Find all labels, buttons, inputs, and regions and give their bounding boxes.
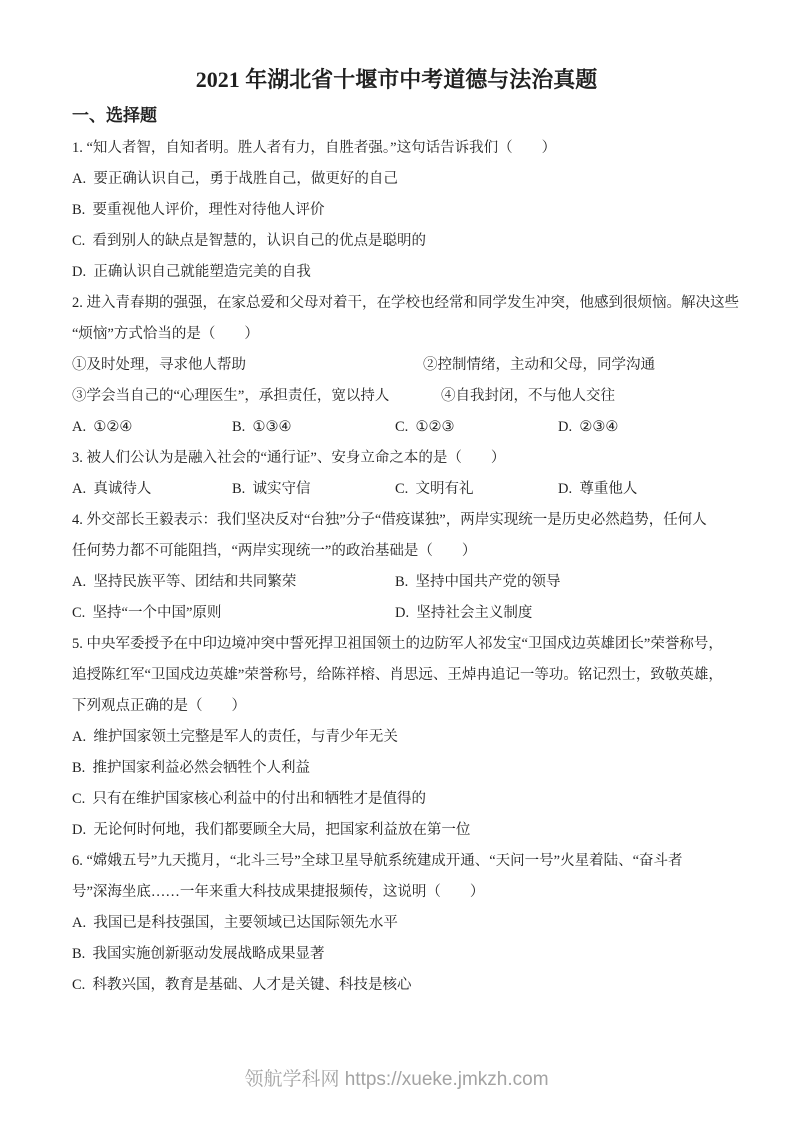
document-title: 2021 年湖北省十堰市中考道德与法治真题 bbox=[0, 64, 793, 96]
question-2-options-row: A. ①②④B. ①③④C. ①②③D. ②③④ bbox=[72, 412, 722, 443]
question-2-items-row-2: ③学会当自己的“心理医生”，承担责任，宽以持人④自我封闭，不与他人交往 bbox=[72, 381, 722, 412]
question-5-stem-line-1: 5. 中央军委授予在中印边境冲突中誓死捍卫祖国领土的边防军人祁发宝“卫国戍边英雄… bbox=[72, 629, 722, 660]
question-2-item-3: ③学会当自己的“心理医生”，承担责任，宽以持人 bbox=[72, 381, 441, 412]
question-1-option-a: A. 要正确认识自己，勇于战胜自己，做更好的自己 bbox=[72, 164, 722, 195]
question-6-option-c: C. 科教兴国，教育是基础、人才是关键、科技是核心 bbox=[72, 970, 722, 1001]
question-5-option-a: A. 维护国家领土完整是军人的责任，与青少年无关 bbox=[72, 722, 722, 753]
question-2-item-1: ①及时处理，寻求他人帮助 bbox=[72, 350, 423, 381]
question-1-stem: 1. “知人者智，自知者明。胜人者有力，自胜者强。”这句话告诉我们（ ） bbox=[72, 133, 722, 164]
document-page: 2021 年湖北省十堰市中考道德与法治真题 一、选择题 1. “知人者智，自知者… bbox=[0, 0, 793, 1122]
question-1-option-d: D. 正确认识自己就能塑造完美的自我 bbox=[72, 257, 722, 288]
question-4-option-d: D. 坚持社会主义制度 bbox=[395, 598, 532, 629]
question-2-stem-line-1: 2. 进入青春期的强强，在家总爱和父母对着干，在学校也经常和同学发生冲突，他感到… bbox=[72, 288, 722, 319]
section-heading: 一、选择题 bbox=[72, 104, 157, 128]
watermark: 领航学科网 https://xueke.jmkzh.com bbox=[0, 1068, 793, 1092]
question-list: 1. “知人者智，自知者明。胜人者有力，自胜者强。”这句话告诉我们（ ） A. … bbox=[72, 133, 722, 1001]
question-6-stem-line-1: 6. “嫦娥五号”九天揽月，“北斗三号”全球卫星导航系统建成开通、“天问一号”火… bbox=[72, 846, 722, 877]
question-2-item-2: ②控制情绪，主动和父母，同学沟通 bbox=[423, 350, 655, 381]
question-3-option-a: A. 真诚待人 bbox=[72, 474, 232, 505]
question-2-stem-line-2: “烦恼”方式恰当的是（ ） bbox=[72, 319, 722, 350]
question-4-stem-line-1: 4. 外交部长王毅表示：我们坚决反对“台独”分子“借疫谋独”，两岸实现统一是历史… bbox=[72, 505, 722, 536]
question-4-option-a: A. 坚持民族平等、团结和共同繁荣 bbox=[72, 567, 395, 598]
question-6-stem-line-2: 号”深海坐底……一年来重大科技成果捷报频传，这说明（ ） bbox=[72, 877, 722, 908]
question-3-option-c: C. 文明有礼 bbox=[395, 474, 558, 505]
question-3-options-row: A. 真诚待人B. 诚实守信C. 文明有礼D. 尊重他人 bbox=[72, 474, 722, 505]
question-2-option-c: C. ①②③ bbox=[395, 412, 558, 443]
question-4-stem-line-2: 任何势力都不可能阻挡，“两岸实现统一”的政治基础是（ ） bbox=[72, 536, 722, 567]
question-2-item-4: ④自我封闭，不与他人交往 bbox=[441, 381, 615, 412]
question-4-option-b: B. 坚持中国共产党的领导 bbox=[395, 567, 561, 598]
question-5-option-c: C. 只有在维护国家核心利益中的付出和牺牲才是值得的 bbox=[72, 784, 722, 815]
question-3-option-d: D. 尊重他人 bbox=[558, 474, 637, 505]
question-3-stem: 3. 被人们公认为是融入社会的“通行证”、安身立命之本的是（ ） bbox=[72, 443, 722, 474]
question-4-options-row-1: A. 坚持民族平等、团结和共同繁荣B. 坚持中国共产党的领导 bbox=[72, 567, 722, 598]
question-2-items-row-1: ①及时处理，寻求他人帮助②控制情绪，主动和父母，同学沟通 bbox=[72, 350, 722, 381]
question-1-option-c: C. 看到别人的缺点是智慧的，认识自己的优点是聪明的 bbox=[72, 226, 722, 257]
question-2-option-a: A. ①②④ bbox=[72, 412, 232, 443]
question-2-option-d: D. ②③④ bbox=[558, 412, 618, 443]
question-4-options-row-2: C. 坚持“一个中国”原则D. 坚持社会主义制度 bbox=[72, 598, 722, 629]
question-6-option-b: B. 我国实施创新驱动发展战略成果显著 bbox=[72, 939, 722, 970]
question-4-option-c: C. 坚持“一个中国”原则 bbox=[72, 598, 395, 629]
question-5-option-b: B. 推护国家利益必然会牺牲个人利益 bbox=[72, 753, 722, 784]
question-3-option-b: B. 诚实守信 bbox=[232, 474, 395, 505]
question-6-option-a: A. 我国已是科技强国，主要领域已达国际领先水平 bbox=[72, 908, 722, 939]
question-1-option-b: B. 要重视他人评价，理性对待他人评价 bbox=[72, 195, 722, 226]
question-5-option-d: D. 无论何时何地，我们都要顾全大局，把国家利益放在第一位 bbox=[72, 815, 722, 846]
question-5-stem-line-2: 追授陈红军“卫国戍边英雄”荣誉称号，给陈祥榕、肖思远、王焯冉追记一等功。铭记烈士… bbox=[72, 660, 722, 691]
question-2-option-b: B. ①③④ bbox=[232, 412, 395, 443]
question-5-stem-line-3: 下列观点正确的是（ ） bbox=[72, 691, 722, 722]
